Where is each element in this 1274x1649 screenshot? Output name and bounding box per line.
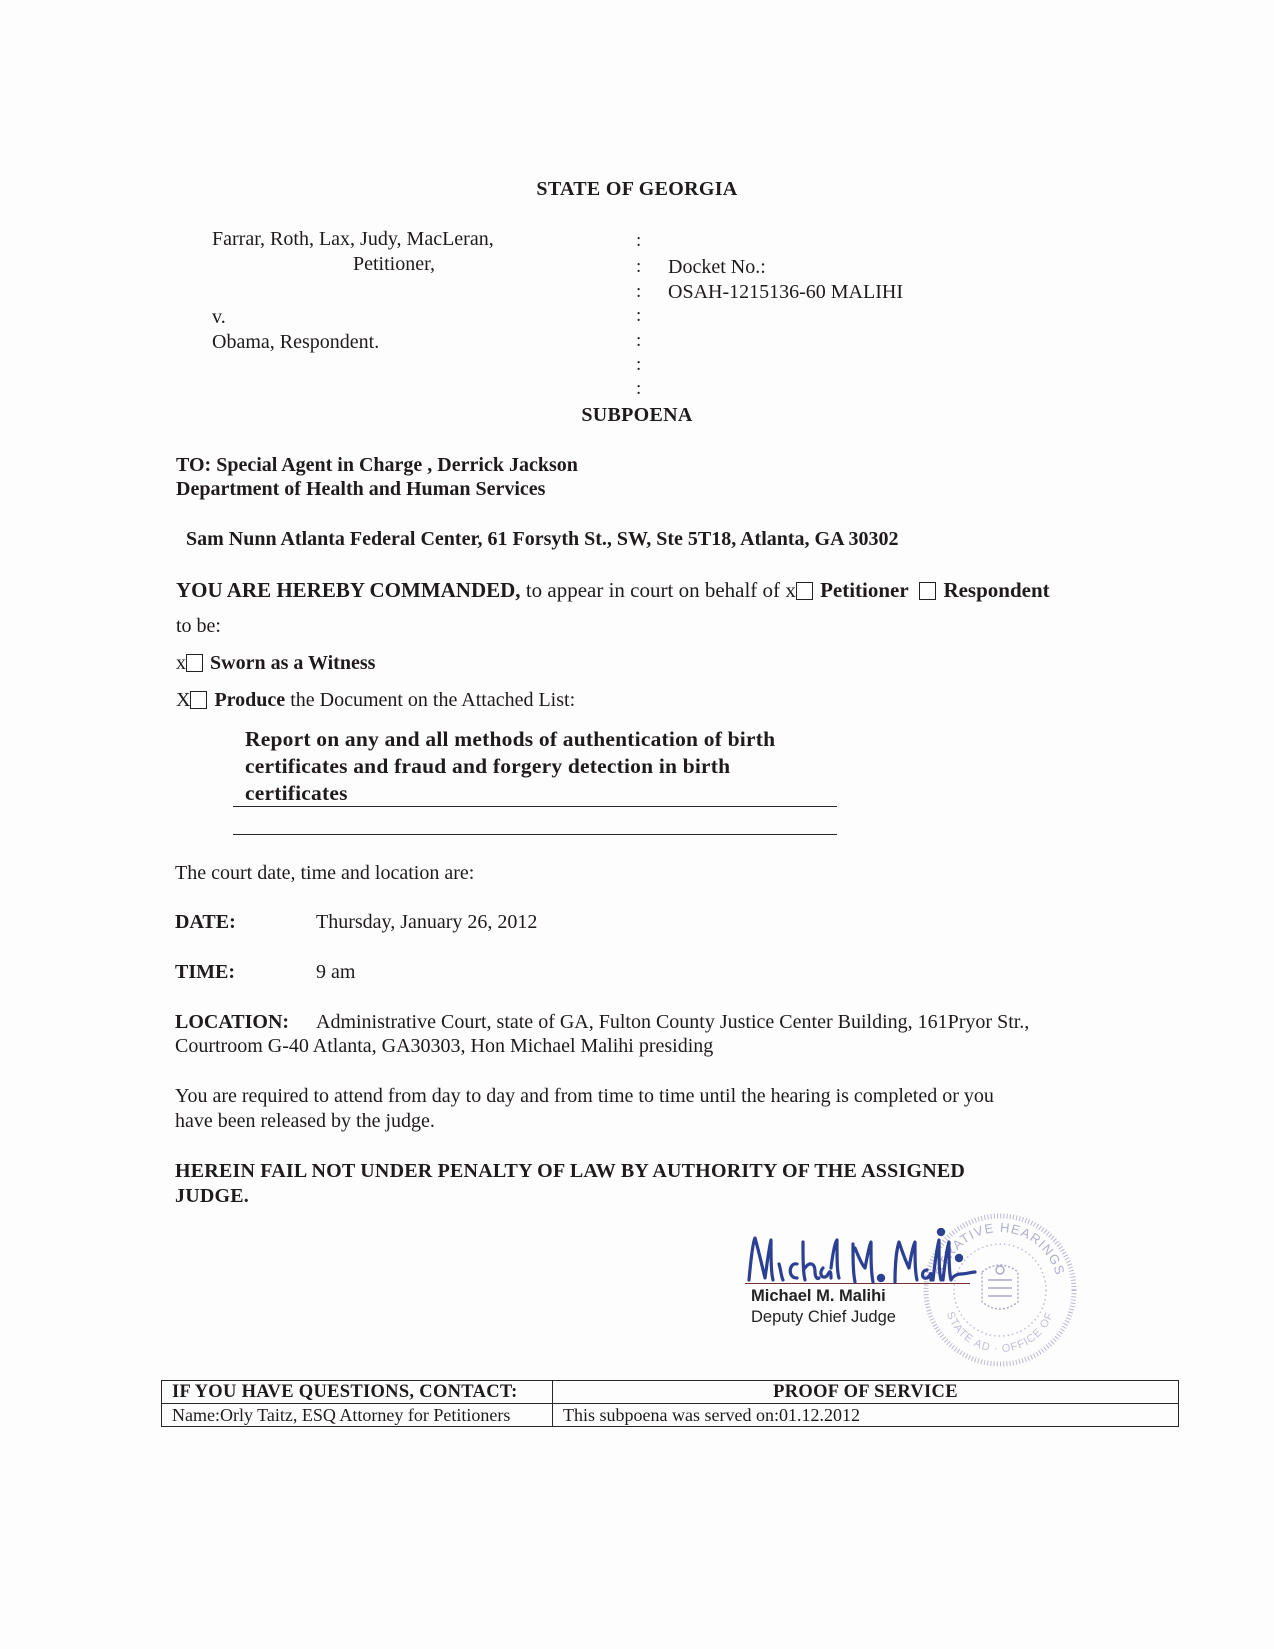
produce-bold-label: Produce bbox=[214, 689, 285, 711]
signature-icon bbox=[745, 1228, 985, 1290]
versus: v. bbox=[212, 306, 226, 329]
requested-document-line: certificates and fraud and forgery detec… bbox=[245, 753, 775, 780]
time-label: TIME: bbox=[175, 961, 235, 984]
caption-divider-colon: : bbox=[636, 230, 641, 252]
recipient-to-line: TO: Special Agent in Charge , Derrick Ja… bbox=[176, 454, 578, 477]
served-on-cell: This subpoena was served on:01.12.2012 bbox=[553, 1404, 1179, 1427]
recipient-department: Department of Health and Human Services bbox=[176, 478, 545, 501]
caption-divider-colon: : bbox=[636, 305, 641, 327]
warning-line-1: HEREIN FAIL NOT UNDER PENALTY OF LAW BY … bbox=[175, 1160, 965, 1183]
document-title: SUBPOENA bbox=[0, 404, 1274, 427]
warning-line-2: JUDGE. bbox=[175, 1185, 249, 1208]
contact-proof-table: IF YOU HAVE QUESTIONS, CONTACT: PROOF OF… bbox=[161, 1380, 1179, 1427]
table-header-row: IF YOU HAVE QUESTIONS, CONTACT: PROOF OF… bbox=[162, 1381, 1179, 1404]
command-lead: YOU ARE HEREBY COMMANDED, bbox=[176, 578, 521, 602]
caption-divider-colon: : bbox=[636, 330, 641, 352]
produce-mark: X bbox=[176, 689, 190, 711]
location-line-2: Courtroom G-40 Atlanta, GA30303, Hon Mic… bbox=[175, 1035, 713, 1058]
signer-title: Deputy Chief Judge bbox=[751, 1308, 896, 1327]
date-label: DATE: bbox=[175, 911, 236, 934]
produce-checkbox[interactable] bbox=[190, 691, 207, 709]
respondent-checkbox[interactable] bbox=[919, 582, 936, 600]
proof-of-service-header: PROOF OF SERVICE bbox=[553, 1381, 1179, 1404]
produce-option: X Produce the Document on the Attached L… bbox=[176, 689, 575, 712]
attendance-line-2: have been released by the judge. bbox=[175, 1110, 435, 1133]
svg-text:STATE AD · OFFICE OF: STATE AD · OFFICE OF bbox=[944, 1310, 1056, 1355]
docket-number: OSAH-1215136-60 MALIHI bbox=[668, 281, 903, 304]
document-underline bbox=[233, 806, 837, 807]
location-line-1: Administrative Court, state of GA, Fulto… bbox=[316, 1011, 1029, 1034]
caption-divider-colon: : bbox=[636, 378, 641, 400]
signer-name: Michael M. Malihi bbox=[751, 1287, 886, 1306]
contact-header: IF YOU HAVE QUESTIONS, CONTACT: bbox=[162, 1381, 553, 1404]
petitioner-role: Petitioner, bbox=[353, 253, 435, 276]
respondent-option-label: Respondent bbox=[943, 578, 1049, 602]
caption-divider-colon: : bbox=[636, 354, 641, 376]
attendance-line-1: You are required to attend from day to d… bbox=[175, 1085, 994, 1108]
to-be-label: to be: bbox=[176, 615, 221, 638]
requested-document-line: Report on any and all methods of authent… bbox=[245, 726, 775, 753]
docket-label: Docket No.: bbox=[668, 256, 766, 279]
petitioner-option-label: Petitioner bbox=[820, 578, 909, 602]
time-value: 9 am bbox=[316, 961, 355, 984]
command-line: YOU ARE HEREBY COMMANDED, to appear in c… bbox=[176, 578, 1050, 603]
requested-documents: Report on any and all methods of authent… bbox=[245, 726, 775, 807]
caption-divider-colon: : bbox=[636, 256, 641, 278]
location-label: LOCATION: bbox=[175, 1011, 289, 1034]
witness-checkbox[interactable] bbox=[186, 654, 203, 672]
recipient-address: Sam Nunn Atlanta Federal Center, 61 Fors… bbox=[186, 528, 898, 551]
command-text: to appear in court on behalf of bbox=[521, 578, 786, 602]
witness-option: x Sworn as a Witness bbox=[176, 652, 375, 675]
respondent-name: Obama, Respondent. bbox=[212, 331, 379, 354]
table-row: Name:Orly Taitz, ESQ Attorney for Petiti… bbox=[162, 1404, 1179, 1427]
produce-label: the Document on the Attached List: bbox=[285, 689, 575, 711]
witness-mark: x bbox=[176, 652, 186, 674]
requested-document-line: certificates bbox=[245, 780, 775, 807]
schedule-intro: The court date, time and location are: bbox=[175, 862, 474, 885]
state-heading: STATE OF GEORGIA bbox=[0, 178, 1274, 201]
petitioner-checkbox[interactable] bbox=[796, 582, 813, 600]
petitioner-mark: x bbox=[785, 578, 796, 602]
petitioners-names: Farrar, Roth, Lax, Judy, MacLeran, bbox=[212, 228, 494, 251]
caption-divider-colon: : bbox=[636, 281, 641, 303]
date-value: Thursday, January 26, 2012 bbox=[316, 911, 537, 934]
contact-name-cell: Name:Orly Taitz, ESQ Attorney for Petiti… bbox=[162, 1404, 553, 1427]
document-blank-line bbox=[233, 834, 837, 835]
witness-label: Sworn as a Witness bbox=[210, 652, 375, 674]
subpoena-page: { "header": { "state": "STATE OF GEORGIA… bbox=[0, 0, 1274, 1649]
